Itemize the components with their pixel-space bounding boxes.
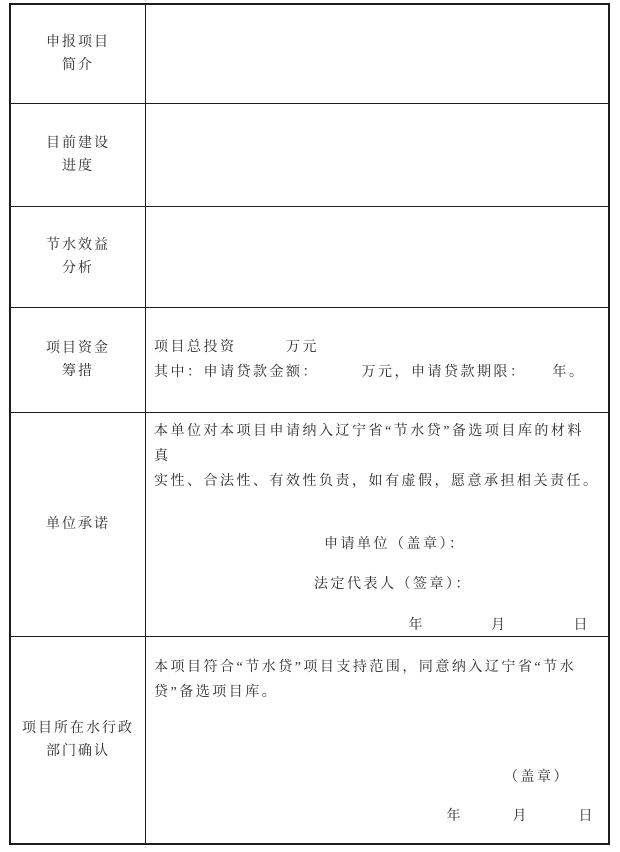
water-saving-benefit-label-cell: 节水效益 分析 — [11, 207, 146, 307]
water-authority-date-line[interactable]: 年 月 日 — [154, 804, 600, 829]
water-authority-label: 项目所在水行政 部门确认 — [22, 717, 134, 763]
water-authority-label-cell: 项目所在水行政 部门确认 — [11, 637, 146, 843]
form-page: 申报项目 简介 目前建设 进度 节水效益 分析 项目资金 筹措 项目总投资 万元… — [0, 0, 620, 852]
row-project-funding: 项目资金 筹措 项目总投资 万元 其中：申请贷款金额： 万元，申请贷款期限： 年… — [11, 308, 608, 413]
unit-commitment-paragraph: 本单位对本项目申请纳入辽宁省“节水贷”备选项目库的材料真 实性、合法性、有效性负… — [154, 419, 600, 494]
water-authority-content-cell: 本项目符合“节水贷”项目支持范围，同意纳入辽宁省“节水 贷”备选项目库。 （盖章… — [146, 637, 608, 843]
project-funding-label: 项目资金 筹措 — [46, 337, 110, 383]
construction-progress-input-cell[interactable] — [146, 104, 608, 206]
unit-commitment-label: 单位承诺 — [46, 513, 110, 536]
water-authority-paragraph: 本项目符合“节水贷”项目支持范围，同意纳入辽宁省“节水 贷”备选项目库。 — [154, 655, 600, 705]
water-saving-benefit-label: 节水效益 分析 — [46, 234, 110, 280]
project-intro-label: 申报项目 简介 — [46, 31, 110, 77]
row-water-authority-confirmation: 项目所在水行政 部门确认 本项目符合“节水贷”项目支持范围，同意纳入辽宁省“节水… — [11, 637, 608, 843]
legal-representative-line[interactable]: 法定代表人（签章）： — [314, 572, 600, 597]
application-form-table: 申报项目 简介 目前建设 进度 节水效益 分析 项目资金 筹措 项目总投资 万元… — [9, 3, 610, 845]
water-authority-seal-line[interactable]: （盖章） — [154, 765, 600, 790]
row-water-saving-benefit: 节水效益 分析 — [11, 207, 608, 308]
row-construction-progress: 目前建设 进度 — [11, 104, 608, 207]
project-funding-label-cell: 项目资金 筹措 — [11, 308, 146, 412]
project-intro-input-cell[interactable] — [146, 5, 608, 103]
unit-commitment-label-cell: 单位承诺 — [11, 413, 146, 636]
water-saving-benefit-input-cell[interactable] — [146, 207, 608, 307]
row-project-intro: 申报项目 简介 — [11, 5, 608, 104]
construction-progress-label: 目前建设 进度 — [46, 132, 110, 178]
row-unit-commitment: 单位承诺 本单位对本项目申请纳入辽宁省“节水贷”备选项目库的材料真 实性、合法性… — [11, 413, 608, 637]
construction-progress-label-cell: 目前建设 进度 — [11, 104, 146, 206]
unit-commitment-content-cell: 本单位对本项目申请纳入辽宁省“节水贷”备选项目库的材料真 实性、合法性、有效性负… — [146, 413, 608, 636]
project-funding-text: 项目总投资 万元 其中：申请贷款金额： 万元，申请贷款期限： 年。 — [154, 335, 600, 385]
project-intro-label-cell: 申报项目 简介 — [11, 5, 146, 103]
project-funding-input-cell[interactable]: 项目总投资 万元 其中：申请贷款金额： 万元，申请贷款期限： 年。 — [146, 308, 608, 412]
unit-commitment-date-line[interactable]: 年 月 日 — [154, 613, 600, 636]
applicant-seal-line[interactable]: 申请单位（盖章）： — [324, 532, 600, 557]
